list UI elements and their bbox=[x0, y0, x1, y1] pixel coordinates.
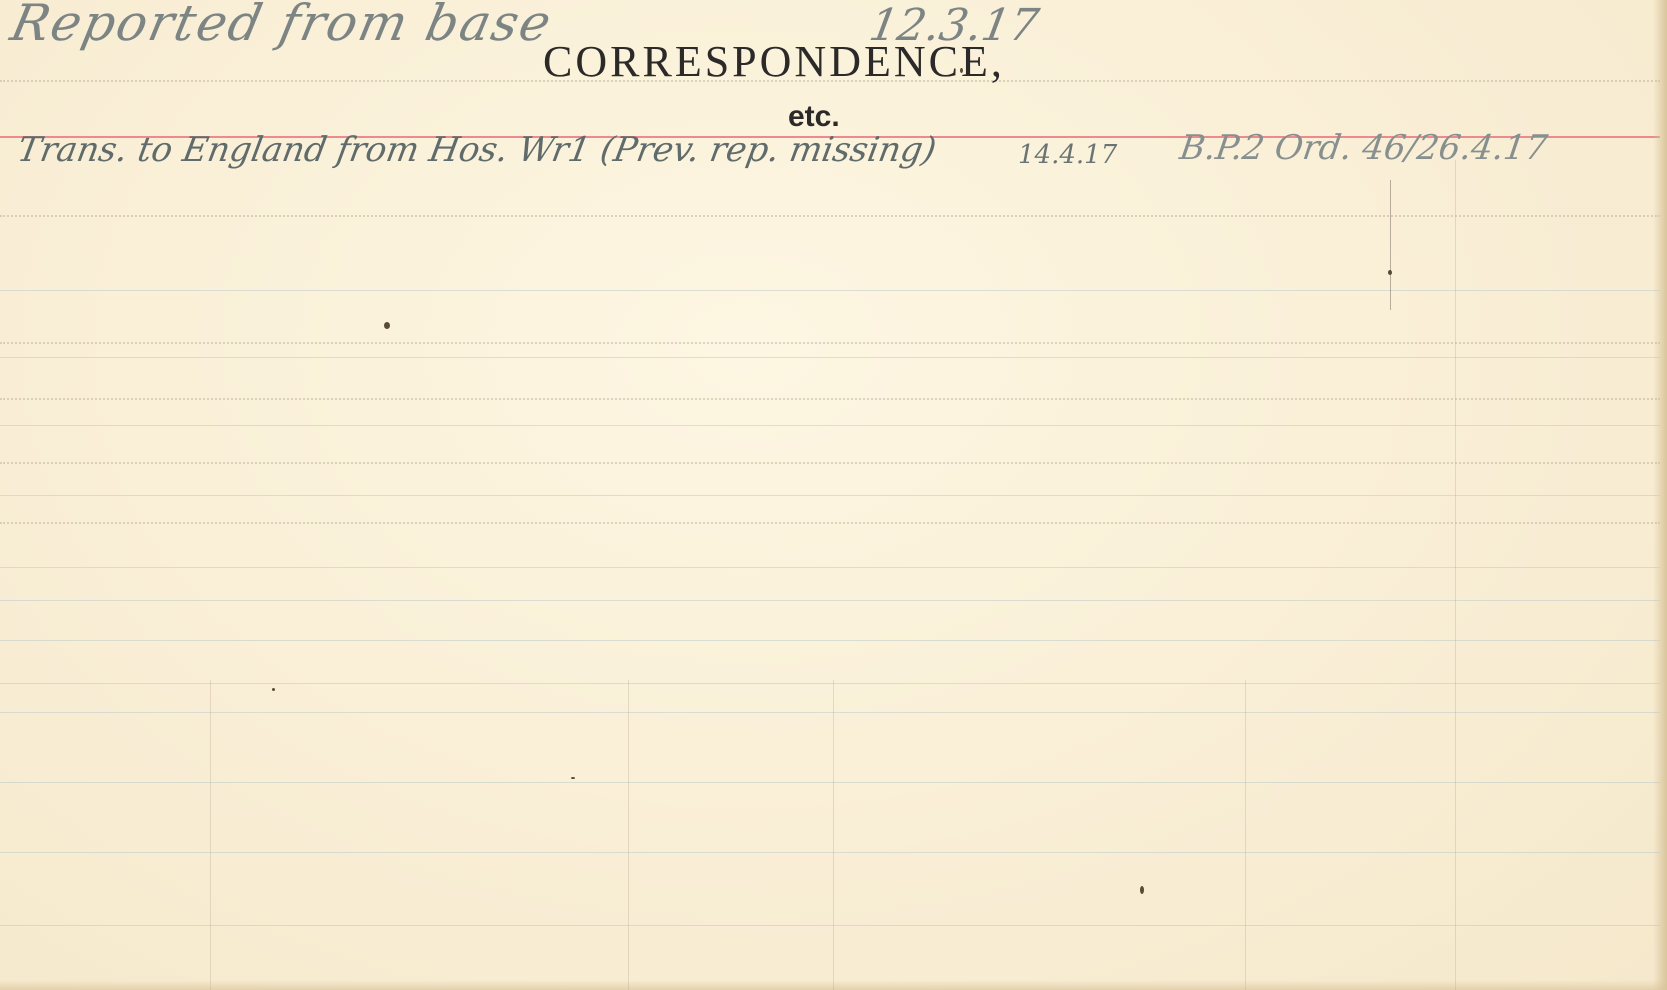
ruled-line bbox=[0, 495, 1660, 496]
paper-speck bbox=[272, 688, 275, 691]
ruled-line bbox=[0, 683, 1660, 684]
record-card: CORRESPONDENCE, etc. Reported from base … bbox=[0, 0, 1667, 990]
paper-speck bbox=[571, 777, 575, 779]
column-rule bbox=[1245, 680, 1246, 990]
ruled-line bbox=[0, 357, 1660, 358]
handwritten-top-note: Reported from base bbox=[6, 0, 558, 52]
dotted-rule bbox=[0, 398, 1660, 400]
handwritten-entry-reference: B.P.2 Ord. 46/26.4.17 bbox=[1177, 128, 1550, 168]
column-rule bbox=[1390, 180, 1391, 310]
ruled-line bbox=[0, 782, 1660, 783]
ruled-line bbox=[0, 290, 1660, 291]
handwritten-entry-date: 14.4.17 bbox=[1018, 140, 1117, 170]
paper-speck bbox=[960, 68, 963, 73]
paper-speck bbox=[1140, 886, 1144, 894]
ruled-line bbox=[0, 425, 1660, 426]
dotted-rule bbox=[0, 215, 1660, 217]
dotted-rule bbox=[0, 522, 1660, 524]
paper-speck bbox=[1388, 270, 1392, 275]
printed-subtitle: etc. bbox=[788, 100, 840, 134]
ruled-line bbox=[0, 925, 1660, 926]
column-rule bbox=[628, 680, 629, 990]
handwritten-top-date: 12.3.17 bbox=[866, 0, 1043, 51]
handwritten-entry-text: Trans. to England from Hos. Wr1 (Prev. r… bbox=[14, 130, 939, 170]
paper-speck bbox=[384, 322, 390, 329]
column-rule bbox=[833, 680, 834, 990]
column-rule bbox=[1455, 160, 1456, 990]
column-rule bbox=[210, 680, 211, 990]
ruled-line bbox=[0, 640, 1660, 641]
dotted-rule bbox=[0, 462, 1660, 464]
ruled-line bbox=[0, 567, 1660, 568]
ruled-line bbox=[0, 600, 1660, 601]
ruled-line bbox=[0, 852, 1660, 853]
ruled-line bbox=[0, 712, 1660, 713]
dotted-rule bbox=[0, 342, 1660, 344]
